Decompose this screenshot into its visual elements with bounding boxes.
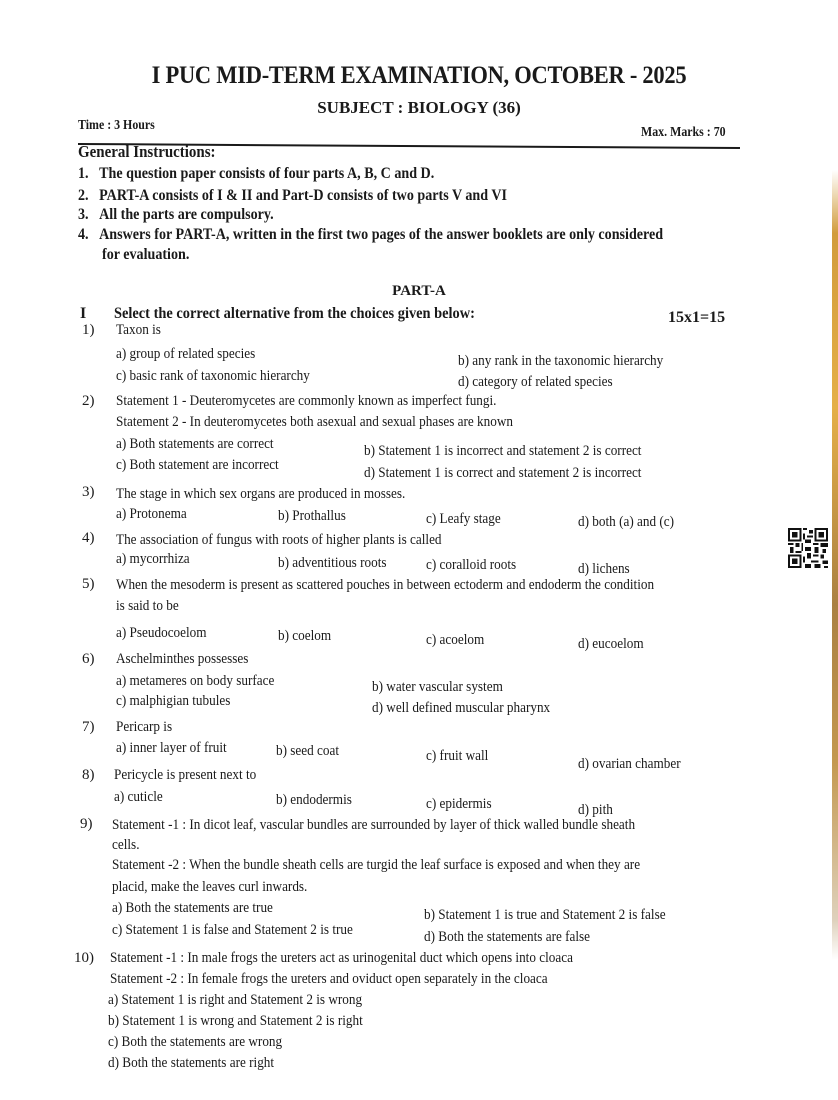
exam-duration: Time : 3 Hours [78,118,155,134]
question-text-line: Statement -2 : In female frogs the urete… [110,971,548,988]
instruction-number: 1. [78,165,99,183]
option-d: d) both (a) and (c) [578,514,674,531]
option-c: c) Both the statements are wrong [108,1034,282,1051]
exam-subject: SUBJECT : BIOLOGY (36) [0,98,838,118]
question-number: 7) [82,719,95,736]
section-number: I [80,305,86,323]
option-b: b) Statement 1 is wrong and Statement 2 … [108,1013,363,1030]
option-a: a) mycorrhiza [116,551,190,568]
question-text: Statement 1 - Deuteromycetes are commonl… [116,393,496,410]
question-number: 9) [80,816,93,833]
option-d: d) eucoelom [578,636,644,653]
instruction-number: 2. [78,187,99,205]
instruction-text: All the parts are compulsory. [99,206,274,223]
option-b: b) any rank in the taxonomic hierarchy [458,353,663,370]
question-number: 4) [82,530,95,547]
option-b: b) endodermis [276,792,352,809]
question-text: The stage in which sex organs are produc… [116,486,405,503]
option-c: c) acoelom [426,632,484,649]
option-c: c) fruit wall [426,748,488,765]
exam-page: I PUC MID-TERM EXAMINATION, OCTOBER - 20… [0,0,838,1100]
general-instructions-heading: General Instructions: [78,142,216,162]
question-text-line: Statement -2 : When the bundle sheath ce… [112,857,640,874]
option-b: b) water vascular system [372,679,503,696]
option-d: d) Both the statements are false [424,929,590,946]
option-d: d) well defined muscular pharynx [372,700,550,717]
option-b: b) adventitious roots [278,555,387,572]
option-d: d) Both the statements are right [108,1055,274,1072]
option-c: c) epidermis [426,796,492,813]
question-text: Pericycle is present next to [114,767,256,784]
option-c: c) Statement 1 is false and Statement 2 … [112,922,353,939]
question-text-line: Statement 2 - In deuteromycetes both ase… [116,414,513,431]
question-number: 6) [82,651,95,668]
option-b: b) Statement 1 is true and Statement 2 i… [424,907,666,924]
instruction-item: 4.Answers for PART-A, written in the fir… [78,226,663,244]
question-number: 8) [82,767,95,784]
option-b: b) Prothallus [278,508,346,525]
section-marks: 15x1=15 [668,309,725,327]
option-a: a) group of related species [116,346,255,363]
question-text: The association of fungus with roots of … [116,532,442,549]
question-text-line: is said to be [116,598,179,615]
option-c: c) Both statement are incorrect [116,457,279,474]
question-number: 5) [82,576,95,593]
qr-code-icon [788,528,828,568]
option-d: d) ovarian chamber [578,756,681,773]
question-text: Statement -1 : In male frogs the ureters… [110,950,573,967]
option-b: b) coelom [278,628,331,645]
instruction-item: 3.All the parts are compulsory. [78,206,274,224]
instruction-text: The question paper consists of four part… [99,165,434,182]
option-a: a) Statement 1 is right and Statement 2 … [108,992,362,1009]
question-number: 10) [74,950,94,967]
option-a: a) Pseudocoelom [116,625,207,642]
option-a: a) cuticle [114,789,163,806]
question-number: 2) [82,393,95,410]
option-d: d) category of related species [458,374,613,391]
question-text: Statement -1 : In dicot leaf, vascular b… [112,817,635,834]
question-text: Aschelminthes possesses [116,651,248,668]
option-a: a) Both the statements are true [112,900,273,917]
option-a: a) inner layer of fruit [116,740,227,757]
instruction-text: PART-A consists of I & II and Part-D con… [99,187,507,204]
option-a: a) Both statements are correct [116,436,274,453]
instruction-number: 4. [78,226,99,244]
question-text: When the mesoderm is present as scattere… [116,577,654,594]
instruction-continuation: for evaluation. [102,246,189,264]
option-a: a) metameres on body surface [116,673,274,690]
option-b: b) Statement 1 is incorrect and statemen… [364,443,641,460]
option-d: d) lichens [578,561,630,578]
max-marks: Max. Marks : 70 [641,125,726,141]
exam-title: I PUC MID-TERM EXAMINATION, OCTOBER - 20… [42,62,796,90]
option-c: c) Leafy stage [426,511,501,528]
option-d: d) Statement 1 is correct and statement … [364,465,641,482]
option-c: c) malphigian tubules [116,693,230,710]
question-text: Pericarp is [116,719,172,736]
instruction-item: 2.PART-A consists of I & II and Part-D c… [78,187,507,205]
section-instruction: Select the correct alternative from the … [114,305,475,323]
instruction-item: 1.The question paper consists of four pa… [78,165,434,183]
option-a: a) Protonema [116,506,187,523]
option-c: c) basic rank of taxonomic hierarchy [116,368,310,385]
part-a-heading: PART-A [0,283,838,300]
instruction-number: 3. [78,206,99,224]
question-text: Taxon is [116,322,161,339]
question-text-line: cells. [112,837,140,854]
question-text-line: placid, make the leaves curl inwards. [112,879,307,896]
question-number: 3) [82,484,95,501]
option-c: c) coralloid roots [426,557,516,574]
question-number: 1) [82,322,95,339]
option-b: b) seed coat [276,743,339,760]
instruction-text: Answers for PART-A, written in the first… [99,226,663,243]
